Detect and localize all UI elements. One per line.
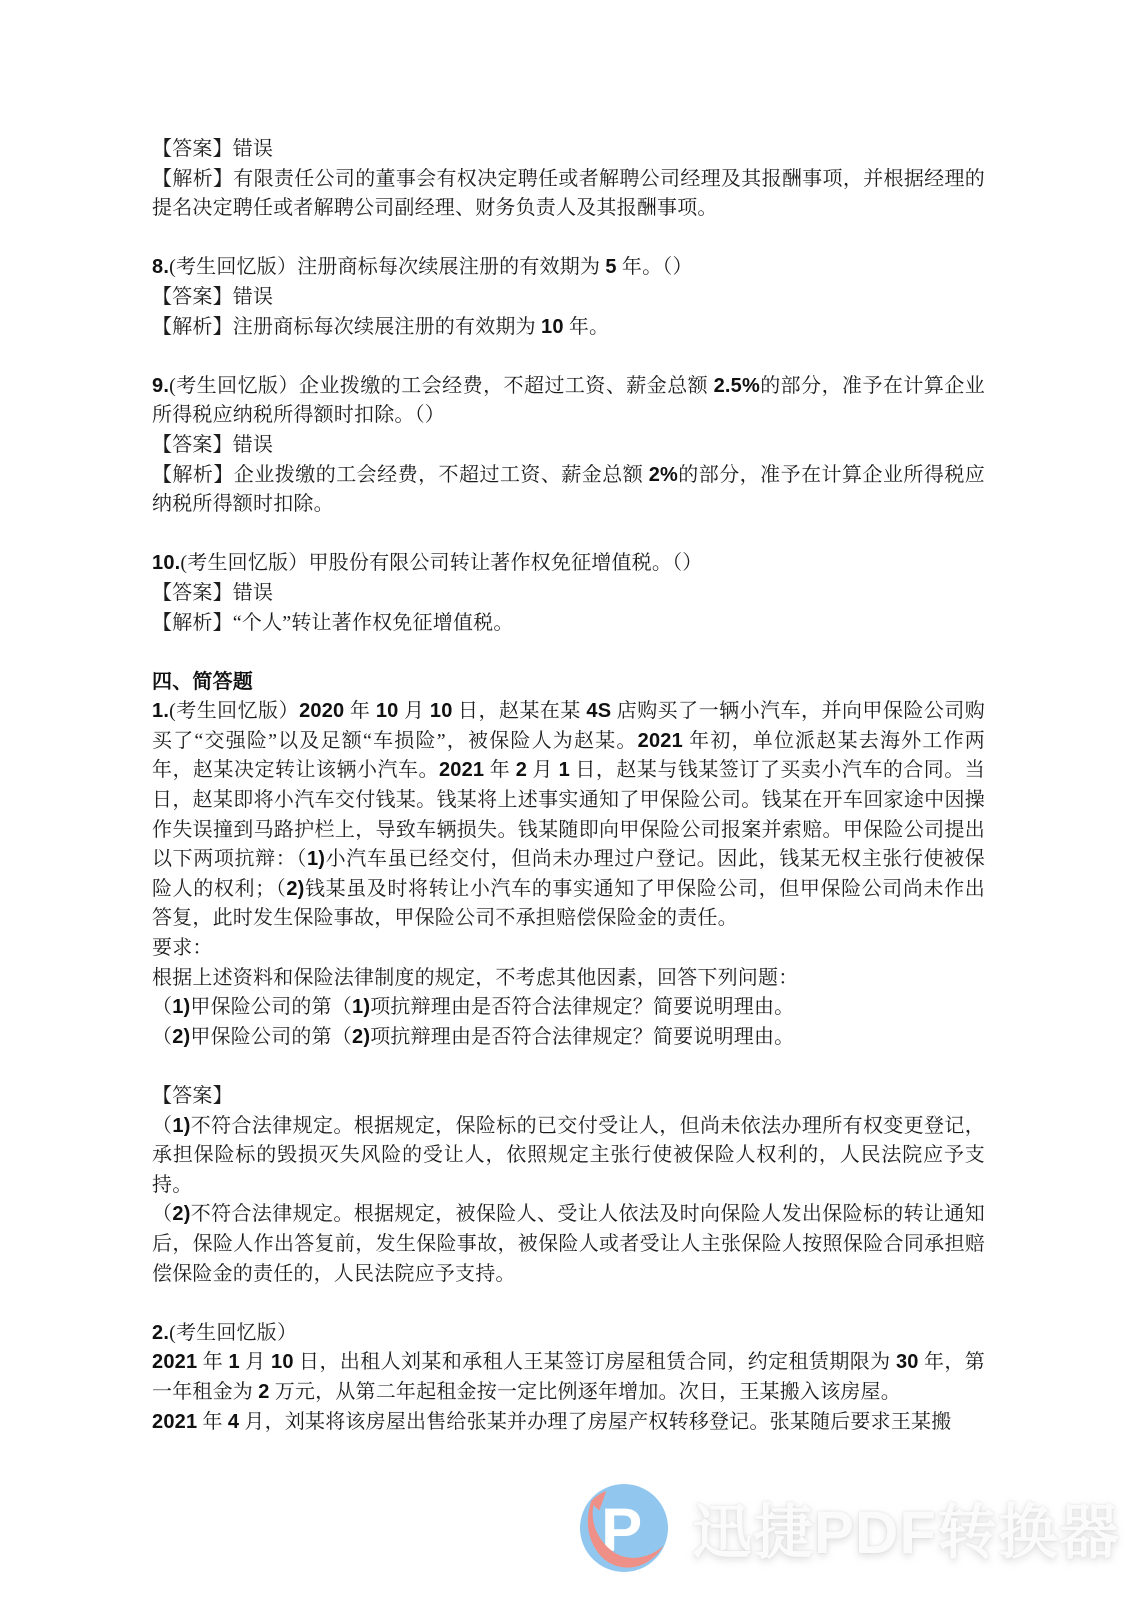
text-run: （ bbox=[152, 1115, 172, 1137]
text-run: 1) bbox=[352, 996, 370, 1018]
paragraph: 2021 年 4 月，刘某将该房屋出售给张某并办理了房屋产权转移登记。张某随后要… bbox=[152, 1408, 985, 1438]
text-run: 1) bbox=[307, 848, 325, 870]
paragraph: 【答案】 bbox=[152, 1082, 985, 1112]
text-run: 年 bbox=[344, 700, 375, 722]
text-run: 【答案】错误 bbox=[152, 434, 273, 456]
paragraph: 【答案】错误 bbox=[152, 579, 985, 609]
text-run: 2) bbox=[352, 1026, 370, 1048]
text-run: （ bbox=[152, 1026, 172, 1048]
text-run: 【解析】“个人”转让著作权免征增值税。 bbox=[152, 612, 514, 634]
text-run: 2021 bbox=[439, 759, 484, 781]
text-run: 项抗辩理由是否符合法律规定？简要说明理由。 bbox=[370, 1026, 794, 1048]
text-run: 2) bbox=[172, 1026, 190, 1048]
text-run: 【答案】 bbox=[152, 1085, 233, 1107]
text-run: 1 bbox=[228, 1351, 239, 1373]
text-run: 5 bbox=[605, 256, 616, 278]
blank-line bbox=[152, 638, 985, 668]
text-run: 【解析】注册商标每次续展注册的有效期为 bbox=[152, 316, 541, 338]
text-run: 10 bbox=[430, 700, 453, 722]
section-heading: 四、简答题 bbox=[152, 668, 985, 698]
text-run: 1) bbox=[172, 996, 190, 1018]
text-run: 2) bbox=[286, 878, 304, 900]
text-run: 年。（） bbox=[617, 256, 693, 278]
text-run: 日，赵某在某 bbox=[453, 700, 587, 722]
blank-line bbox=[152, 520, 985, 550]
text-run: 4 bbox=[228, 1411, 239, 1433]
paragraph: （2)甲保险公司的第（2)项抗辩理由是否符合法律规定？简要说明理由。 bbox=[152, 1023, 985, 1053]
paragraph: 【解析】“个人”转让著作权免征增值税。 bbox=[152, 609, 985, 639]
text-run: 年 bbox=[197, 1351, 228, 1373]
pdf-converter-logo-icon: P bbox=[580, 1484, 668, 1572]
text-run: 项抗辩理由是否符合法律规定？简要说明理由。 bbox=[370, 996, 794, 1018]
text-run: 30 bbox=[896, 1351, 919, 1373]
text-run: 2.5% bbox=[714, 375, 760, 397]
paragraph: 根据上述资料和保险法律制度的规定，不考虑其他因素，回答下列问题： bbox=[152, 964, 985, 994]
text-run: 1) bbox=[172, 1115, 190, 1137]
text-run: 甲保险公司的第（ bbox=[190, 996, 352, 1018]
text-run: 年 bbox=[197, 1411, 228, 1433]
paragraph: 2.(考生回忆版） bbox=[152, 1319, 985, 1349]
text-run: 1. bbox=[152, 700, 169, 722]
text-run: 2% bbox=[649, 464, 678, 486]
text-run: 月 bbox=[398, 700, 429, 722]
blank-line bbox=[152, 1052, 985, 1082]
text-run: 2020 bbox=[299, 700, 344, 722]
text-run: 要求： bbox=[152, 937, 213, 959]
text-run: 甲保险公司的第（ bbox=[190, 1026, 352, 1048]
text-run: 8. bbox=[152, 256, 169, 278]
text-run: 【答案】错误 bbox=[152, 286, 273, 308]
paragraph: （2)不符合法律规定。根据规定，被保险人、受让人依法及时向保险人发出保险标的转让… bbox=[152, 1200, 985, 1289]
text-run: 2. bbox=[152, 1322, 169, 1344]
blank-line bbox=[152, 1289, 985, 1319]
text-run: 1 bbox=[559, 759, 570, 781]
text-run: 2021 bbox=[638, 730, 683, 752]
text-run: 【答案】错误 bbox=[152, 582, 273, 604]
text-run: 月 bbox=[527, 759, 559, 781]
blank-line bbox=[152, 342, 985, 372]
text-run: (考生回忆版）甲股份有限公司转让著作权免征增值税。（） bbox=[180, 552, 702, 574]
text-run: (考生回忆版）注册商标每次续展注册的有效期为 bbox=[169, 256, 605, 278]
text-run: 不符合法律规定。根据规定，被保险人、受让人依法及时向保险人发出保险标的转让通知后… bbox=[152, 1203, 985, 1284]
text-run: 【解析】企业拨缴的工会经费，不超过工资、薪金总额 bbox=[152, 464, 649, 486]
text-run: 不符合法律规定。根据规定，保险标的已交付受让人，但尚未依法办理所有权变更登记，承… bbox=[152, 1115, 985, 1196]
text-run: 万元，从第二年起租金按一定比例逐年增加。次日，王某搬入该房屋。 bbox=[270, 1381, 901, 1403]
text-run: 日，出租人刘某和承租人王某签订房屋租赁合同，约定租赁期限为 bbox=[294, 1351, 896, 1373]
paragraph: 9.(考生回忆版）企业拨缴的工会经费，不超过工资、薪金总额 2.5%的部分，准予… bbox=[152, 372, 985, 431]
paragraph: 8.(考生回忆版）注册商标每次续展注册的有效期为 5 年。（） bbox=[152, 253, 985, 283]
text-run: 10 bbox=[271, 1351, 294, 1373]
text-run: 2021 bbox=[152, 1411, 197, 1433]
paragraph: 10.(考生回忆版）甲股份有限公司转让著作权免征增值税。（） bbox=[152, 549, 985, 579]
text-run: （ bbox=[152, 1203, 172, 1225]
text-run: 2 bbox=[258, 1381, 269, 1403]
text-run: (考生回忆版） bbox=[169, 1322, 297, 1344]
blank-line bbox=[152, 224, 985, 254]
text-run: 10 bbox=[541, 316, 564, 338]
text-run: 【答案】错误 bbox=[152, 138, 273, 160]
text-run: 10. bbox=[152, 552, 180, 574]
text-run: 2 bbox=[516, 759, 527, 781]
text-run: (考生回忆版） bbox=[169, 700, 299, 722]
paragraph: 【答案】错误 bbox=[152, 135, 985, 165]
watermark-text: 迅捷PDF转换器 bbox=[692, 1485, 1120, 1571]
paragraph: 【解析】注册商标每次续展注册的有效期为 10 年。 bbox=[152, 313, 985, 343]
watermark: P 迅捷PDF转换器 bbox=[580, 1484, 1120, 1572]
text-run: （ bbox=[152, 996, 172, 1018]
paragraph: 要求： bbox=[152, 934, 985, 964]
paragraph: 【解析】企业拨缴的工会经费，不超过工资、薪金总额 2%的部分，准予在计算企业所得… bbox=[152, 461, 985, 520]
text-run: 2) bbox=[172, 1203, 190, 1225]
text-run: (考生回忆版）企业拨缴的工会经费，不超过工资、薪金总额 bbox=[169, 375, 713, 397]
text-run: 2021 bbox=[152, 1351, 197, 1373]
paragraph: 【解析】有限责任公司的董事会有权决定聘任或者解聘公司经理及其报酬事项，并根据经理… bbox=[152, 165, 985, 224]
paragraph: 2021 年 1 月 10 日，出租人刘某和承租人王某签订房屋租赁合同，约定租赁… bbox=[152, 1348, 985, 1407]
text-run: 4S bbox=[586, 700, 611, 722]
text-run: 9. bbox=[152, 375, 169, 397]
document-page: 【答案】错误【解析】有限责任公司的董事会有权决定聘任或者解聘公司经理及其报酬事项… bbox=[0, 0, 1131, 1600]
paragraph: 【答案】错误 bbox=[152, 283, 985, 313]
text-run: 10 bbox=[376, 700, 399, 722]
text-run: 【解析】有限责任公司的董事会有权决定聘任或者解聘公司经理及其报酬事项，并根据经理… bbox=[152, 168, 985, 220]
text-run: 月 bbox=[240, 1351, 271, 1373]
paragraph: 【答案】错误 bbox=[152, 431, 985, 461]
text-run: 年。 bbox=[564, 316, 610, 338]
paragraph: 1.(考生回忆版）2020 年 10 月 10 日，赵某在某 4S 店购买了一辆… bbox=[152, 697, 985, 934]
text-run: 根据上述资料和保险法律制度的规定，不考虑其他因素，回答下列问题： bbox=[152, 967, 798, 989]
text-run: 四、简答题 bbox=[152, 671, 253, 693]
document-body: 【答案】错误【解析】有限责任公司的董事会有权决定聘任或者解聘公司经理及其报酬事项… bbox=[152, 135, 985, 1437]
paragraph: （1)不符合法律规定。根据规定，保险标的已交付受让人，但尚未依法办理所有权变更登… bbox=[152, 1112, 985, 1201]
text-run: 年 bbox=[484, 759, 516, 781]
paragraph: （1)甲保险公司的第（1)项抗辩理由是否符合法律规定？简要说明理由。 bbox=[152, 993, 985, 1023]
text-run: 月，刘某将该房屋出售给张某并办理了房屋产权转移登记。张某随后要求王某搬 bbox=[239, 1411, 951, 1433]
